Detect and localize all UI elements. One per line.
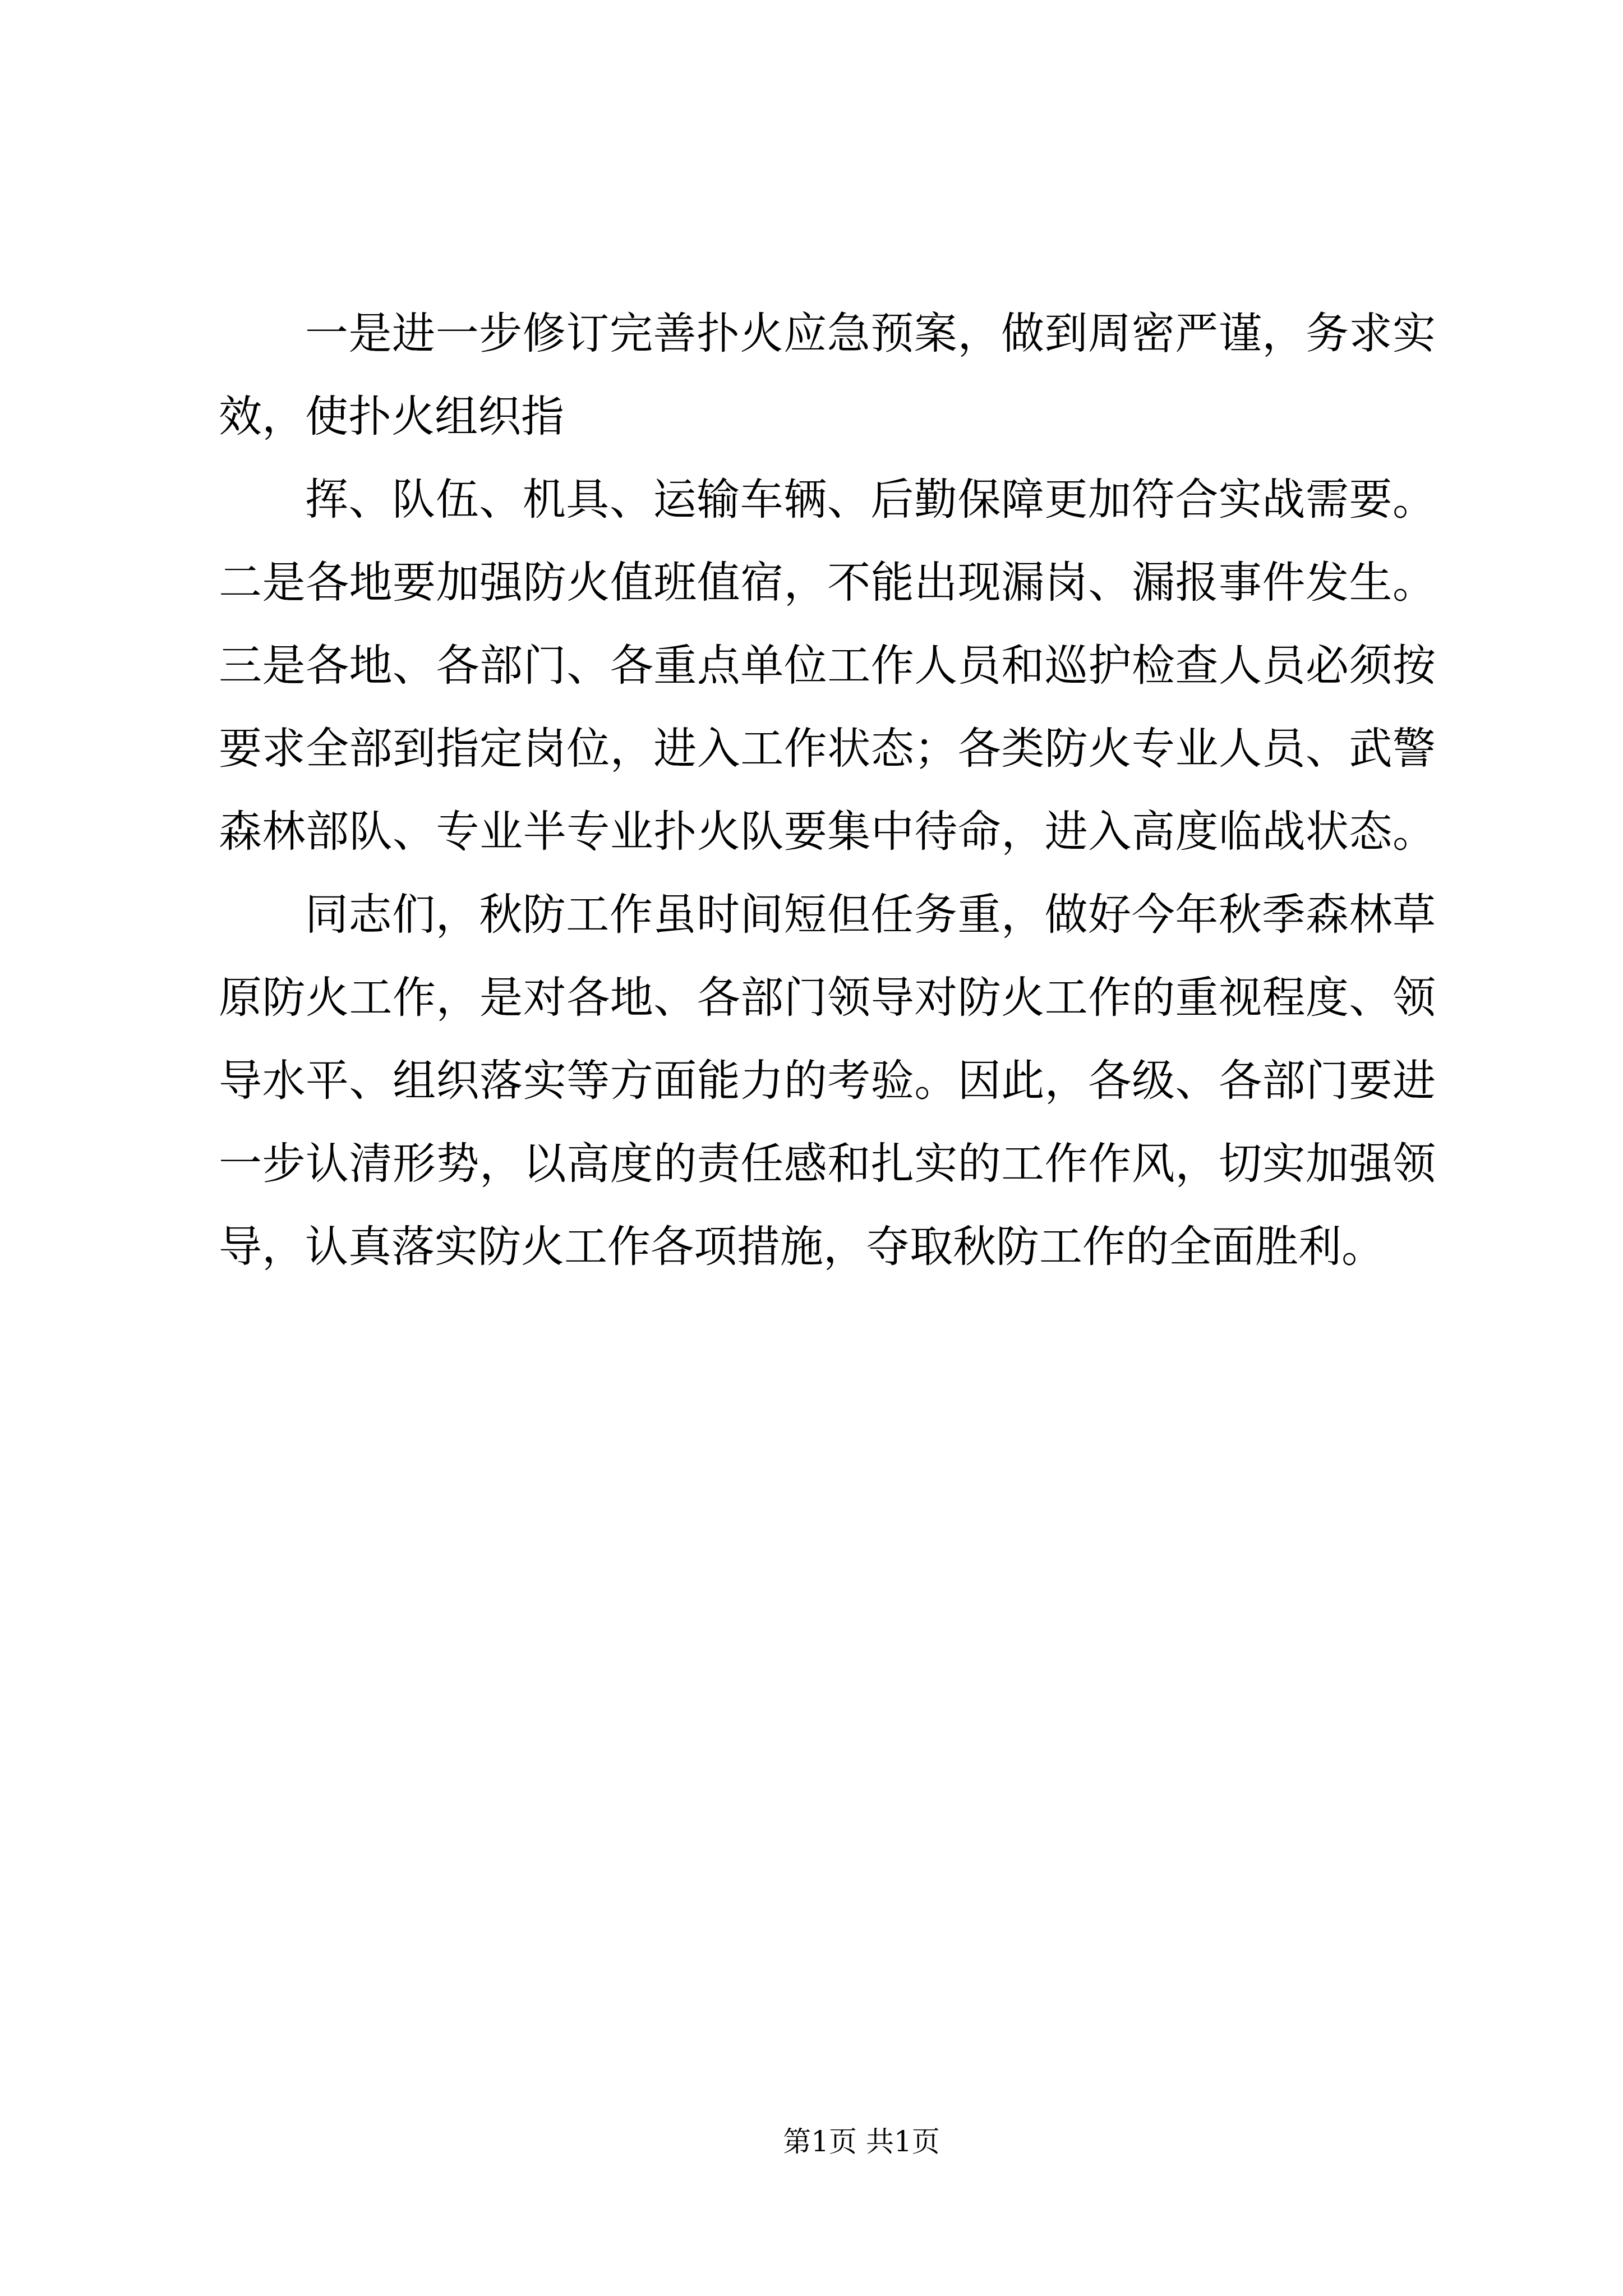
text-line-11: 一步认清形势，以高度的责任感和扎实的工作作风，切实加强领	[219, 1123, 1436, 1206]
text-line-8: 同志们，秋防工作虽时间短但任务重，做好今年秋季森林草	[219, 874, 1436, 957]
text-line-7: 森林部队、专业半专业扑火队要集中待命，进入高度临战状态。	[219, 791, 1436, 874]
text-line-10: 导水平、组织落实等方面能力的考验。因此，各级、各部门要进	[219, 1040, 1436, 1123]
text-line-9: 原防火工作，是对各地、各部门领导对防火工作的重视程度、领	[219, 957, 1436, 1040]
text-line-1: 一是进一步修订完善扑火应急预案，做到周密严谨，务求实	[219, 293, 1436, 376]
page-number-indicator: 第1页 共1页	[783, 2125, 940, 2158]
document-body: 一是进一步修订完善扑火应急预案，做到周密严谨，务求实 效，使扑火组织指 挥、队伍…	[219, 293, 1436, 1289]
page-footer: 第1页 共1页	[100, 2119, 1623, 2160]
text-line-4: 二是各地要加强防火值班值宿，不能出现漏岗、漏报事件发生。	[219, 542, 1436, 625]
text-line-6: 要求全部到指定岗位，进入工作状态；各类防火专业人员、武警	[219, 708, 1436, 791]
text-line-2: 效，使扑火组织指	[219, 376, 1436, 459]
text-line-12: 导，认真落实防火工作各项措施，夺取秋防工作的全面胜利。	[219, 1206, 1436, 1289]
text-line-5: 三是各地、各部门、各重点单位工作人员和巡护检查人员必须按	[219, 625, 1436, 708]
document-page: 一是进一步修订完善扑火应急预案，做到周密严谨，务求实 效，使扑火组织指 挥、队伍…	[0, 0, 1623, 2296]
text-line-3: 挥、队伍、机具、运输车辆、后勤保障更加符合实战需要。	[219, 459, 1436, 542]
